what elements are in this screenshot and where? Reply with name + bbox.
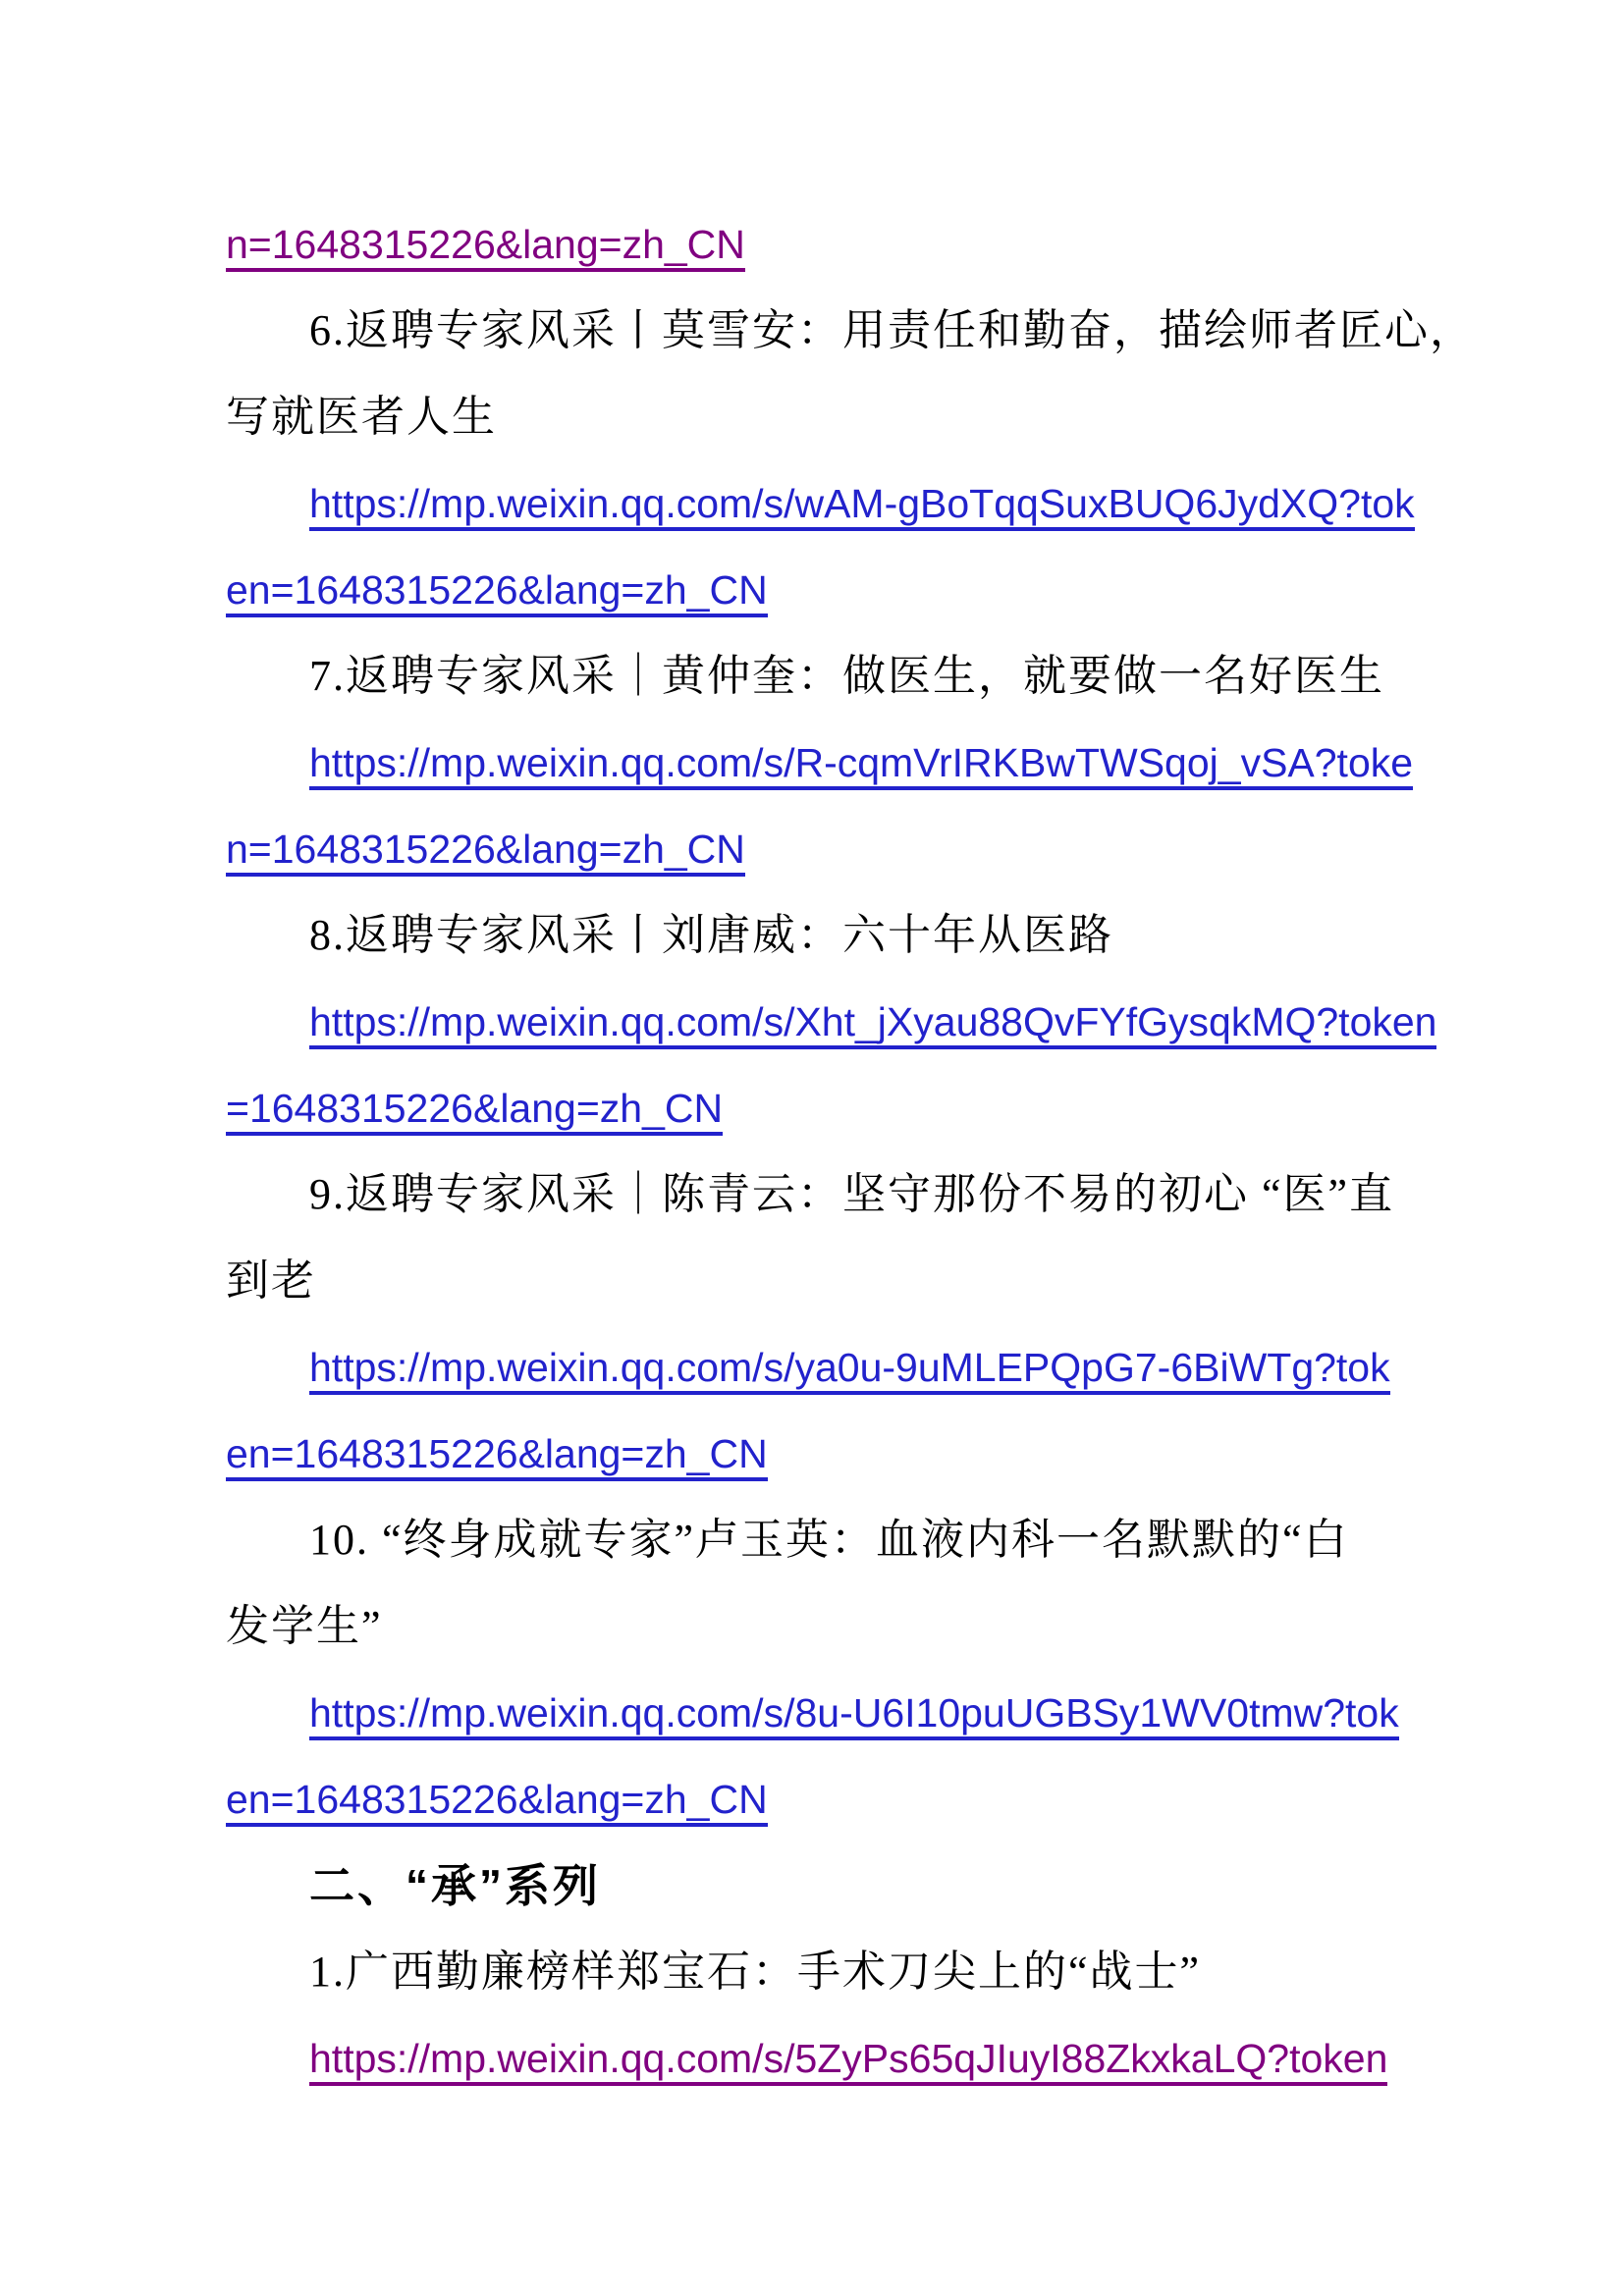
article-9-link-line-1: https://mp.weixin.qq.com/s/ya0u-9uMLEPQp…	[226, 1324, 1453, 1411]
article-6-title-text-1: 6.返聘专家风采丨莫雪安：用责任和勤奋，描绘师者匠心，	[309, 306, 1475, 354]
visited-link-continuation-line: n=1648315226&lang=zh_CN	[226, 201, 1453, 288]
article-10-title-line-1: 10. “终身成就专家”卢玉英：血液内科一名默默的“白	[226, 1497, 1453, 1583]
article-9-hyperlink-text-1[interactable]: https://mp.weixin.qq.com/s/ya0u-9uMLEPQp…	[309, 1345, 1390, 1395]
article-10-title-text-1: 10. “终身成就专家”卢玉英：血液内科一名默默的“白	[309, 1516, 1349, 1564]
article-6-title-line-1: 6.返聘专家风采丨莫雪安：用责任和勤奋，描绘师者匠心，	[226, 288, 1453, 374]
article-10-link-line-2: en=1648315226&lang=zh_CN	[226, 1756, 1453, 1842]
section-2-article-1-title-text: 1.广西勤廉榜样郑宝石：手术刀尖上的“战士”	[309, 1948, 1201, 1996]
article-8-link-line-2: =1648315226&lang=zh_CN	[226, 1065, 1453, 1151]
article-6-title-line-2: 写就医者人生	[226, 374, 1453, 460]
article-7-title-line: 7.返聘专家风采｜黄仲奎：做医生，就要做一名好医生	[226, 633, 1453, 720]
article-10-hyperlink-text-2[interactable]: en=1648315226&lang=zh_CN	[226, 1777, 768, 1827]
article-10-title-text-2: 发学生”	[226, 1602, 383, 1650]
article-7-link-line-1: https://mp.weixin.qq.com/s/R-cqmVrIRKBwT…	[226, 720, 1453, 806]
article-8-hyperlink-text-2[interactable]: =1648315226&lang=zh_CN	[226, 1086, 723, 1136]
article-8-hyperlink-text-1[interactable]: https://mp.weixin.qq.com/s/Xht_jXyau88Qv…	[309, 999, 1436, 1049]
section-2-article-1-title-line: 1.广西勤廉榜样郑宝石：手术刀尖上的“战士”	[226, 1929, 1453, 2015]
article-7-link-line-2: n=1648315226&lang=zh_CN	[226, 806, 1453, 892]
article-9-title-text-1: 9.返聘专家风采｜陈青云：坚守那份不易的初心 “医”直	[309, 1170, 1394, 1218]
article-6-link-line-2: en=1648315226&lang=zh_CN	[226, 547, 1453, 633]
article-9-title-line-1: 9.返聘专家风采｜陈青云：坚守那份不易的初心 “医”直	[226, 1151, 1453, 1238]
article-7-hyperlink-text-1[interactable]: https://mp.weixin.qq.com/s/R-cqmVrIRKBwT…	[309, 740, 1413, 790]
article-9-title-line-2: 到老	[226, 1238, 1453, 1324]
article-9-title-text-2: 到老	[226, 1256, 316, 1305]
article-6-hyperlink-text-2[interactable]: en=1648315226&lang=zh_CN	[226, 567, 768, 617]
article-10-title-line-2: 发学生”	[226, 1583, 1453, 1670]
article-6-hyperlink-text-1[interactable]: https://mp.weixin.qq.com/s/wAM-gBoTqqSux…	[309, 481, 1415, 531]
document-page: n=1648315226&lang=zh_CN 6.返聘专家风采丨莫雪安：用责任…	[0, 0, 1624, 2296]
section-2-article-1-link-line: https://mp.weixin.qq.com/s/5ZyPs65qJIuyI…	[226, 2015, 1453, 2102]
section-2-heading-text: 二、“承”系列	[309, 1860, 601, 1911]
article-6-title-text-2: 写就医者人生	[226, 393, 497, 441]
article-10-hyperlink-text-1[interactable]: https://mp.weixin.qq.com/s/8u-U6I10puUGB…	[309, 1690, 1399, 1740]
document-body: n=1648315226&lang=zh_CN 6.返聘专家风采丨莫雪安：用责任…	[226, 201, 1453, 2102]
article-8-title-text: 8.返聘专家风采丨刘唐威：六十年从医路	[309, 911, 1113, 959]
section-2-article-1-hyperlink-text[interactable]: https://mp.weixin.qq.com/s/5ZyPs65qJIuyI…	[309, 2036, 1387, 2086]
article-8-title-line: 8.返聘专家风采丨刘唐威：六十年从医路	[226, 892, 1453, 979]
article-6-link-line-1: https://mp.weixin.qq.com/s/wAM-gBoTqqSux…	[226, 460, 1453, 547]
article-9-link-line-2: en=1648315226&lang=zh_CN	[226, 1411, 1453, 1497]
article-7-title-text: 7.返聘专家风采｜黄仲奎：做医生，就要做一名好医生	[309, 652, 1384, 700]
article-7-hyperlink-text-2[interactable]: n=1648315226&lang=zh_CN	[226, 827, 745, 877]
visited-hyperlink-text[interactable]: n=1648315226&lang=zh_CN	[226, 222, 745, 272]
section-2-heading: 二、“承”系列	[226, 1842, 1453, 1929]
article-8-link-line-1: https://mp.weixin.qq.com/s/Xht_jXyau88Qv…	[226, 979, 1453, 1065]
article-10-link-line-1: https://mp.weixin.qq.com/s/8u-U6I10puUGB…	[226, 1670, 1453, 1756]
article-9-hyperlink-text-2[interactable]: en=1648315226&lang=zh_CN	[226, 1431, 768, 1481]
